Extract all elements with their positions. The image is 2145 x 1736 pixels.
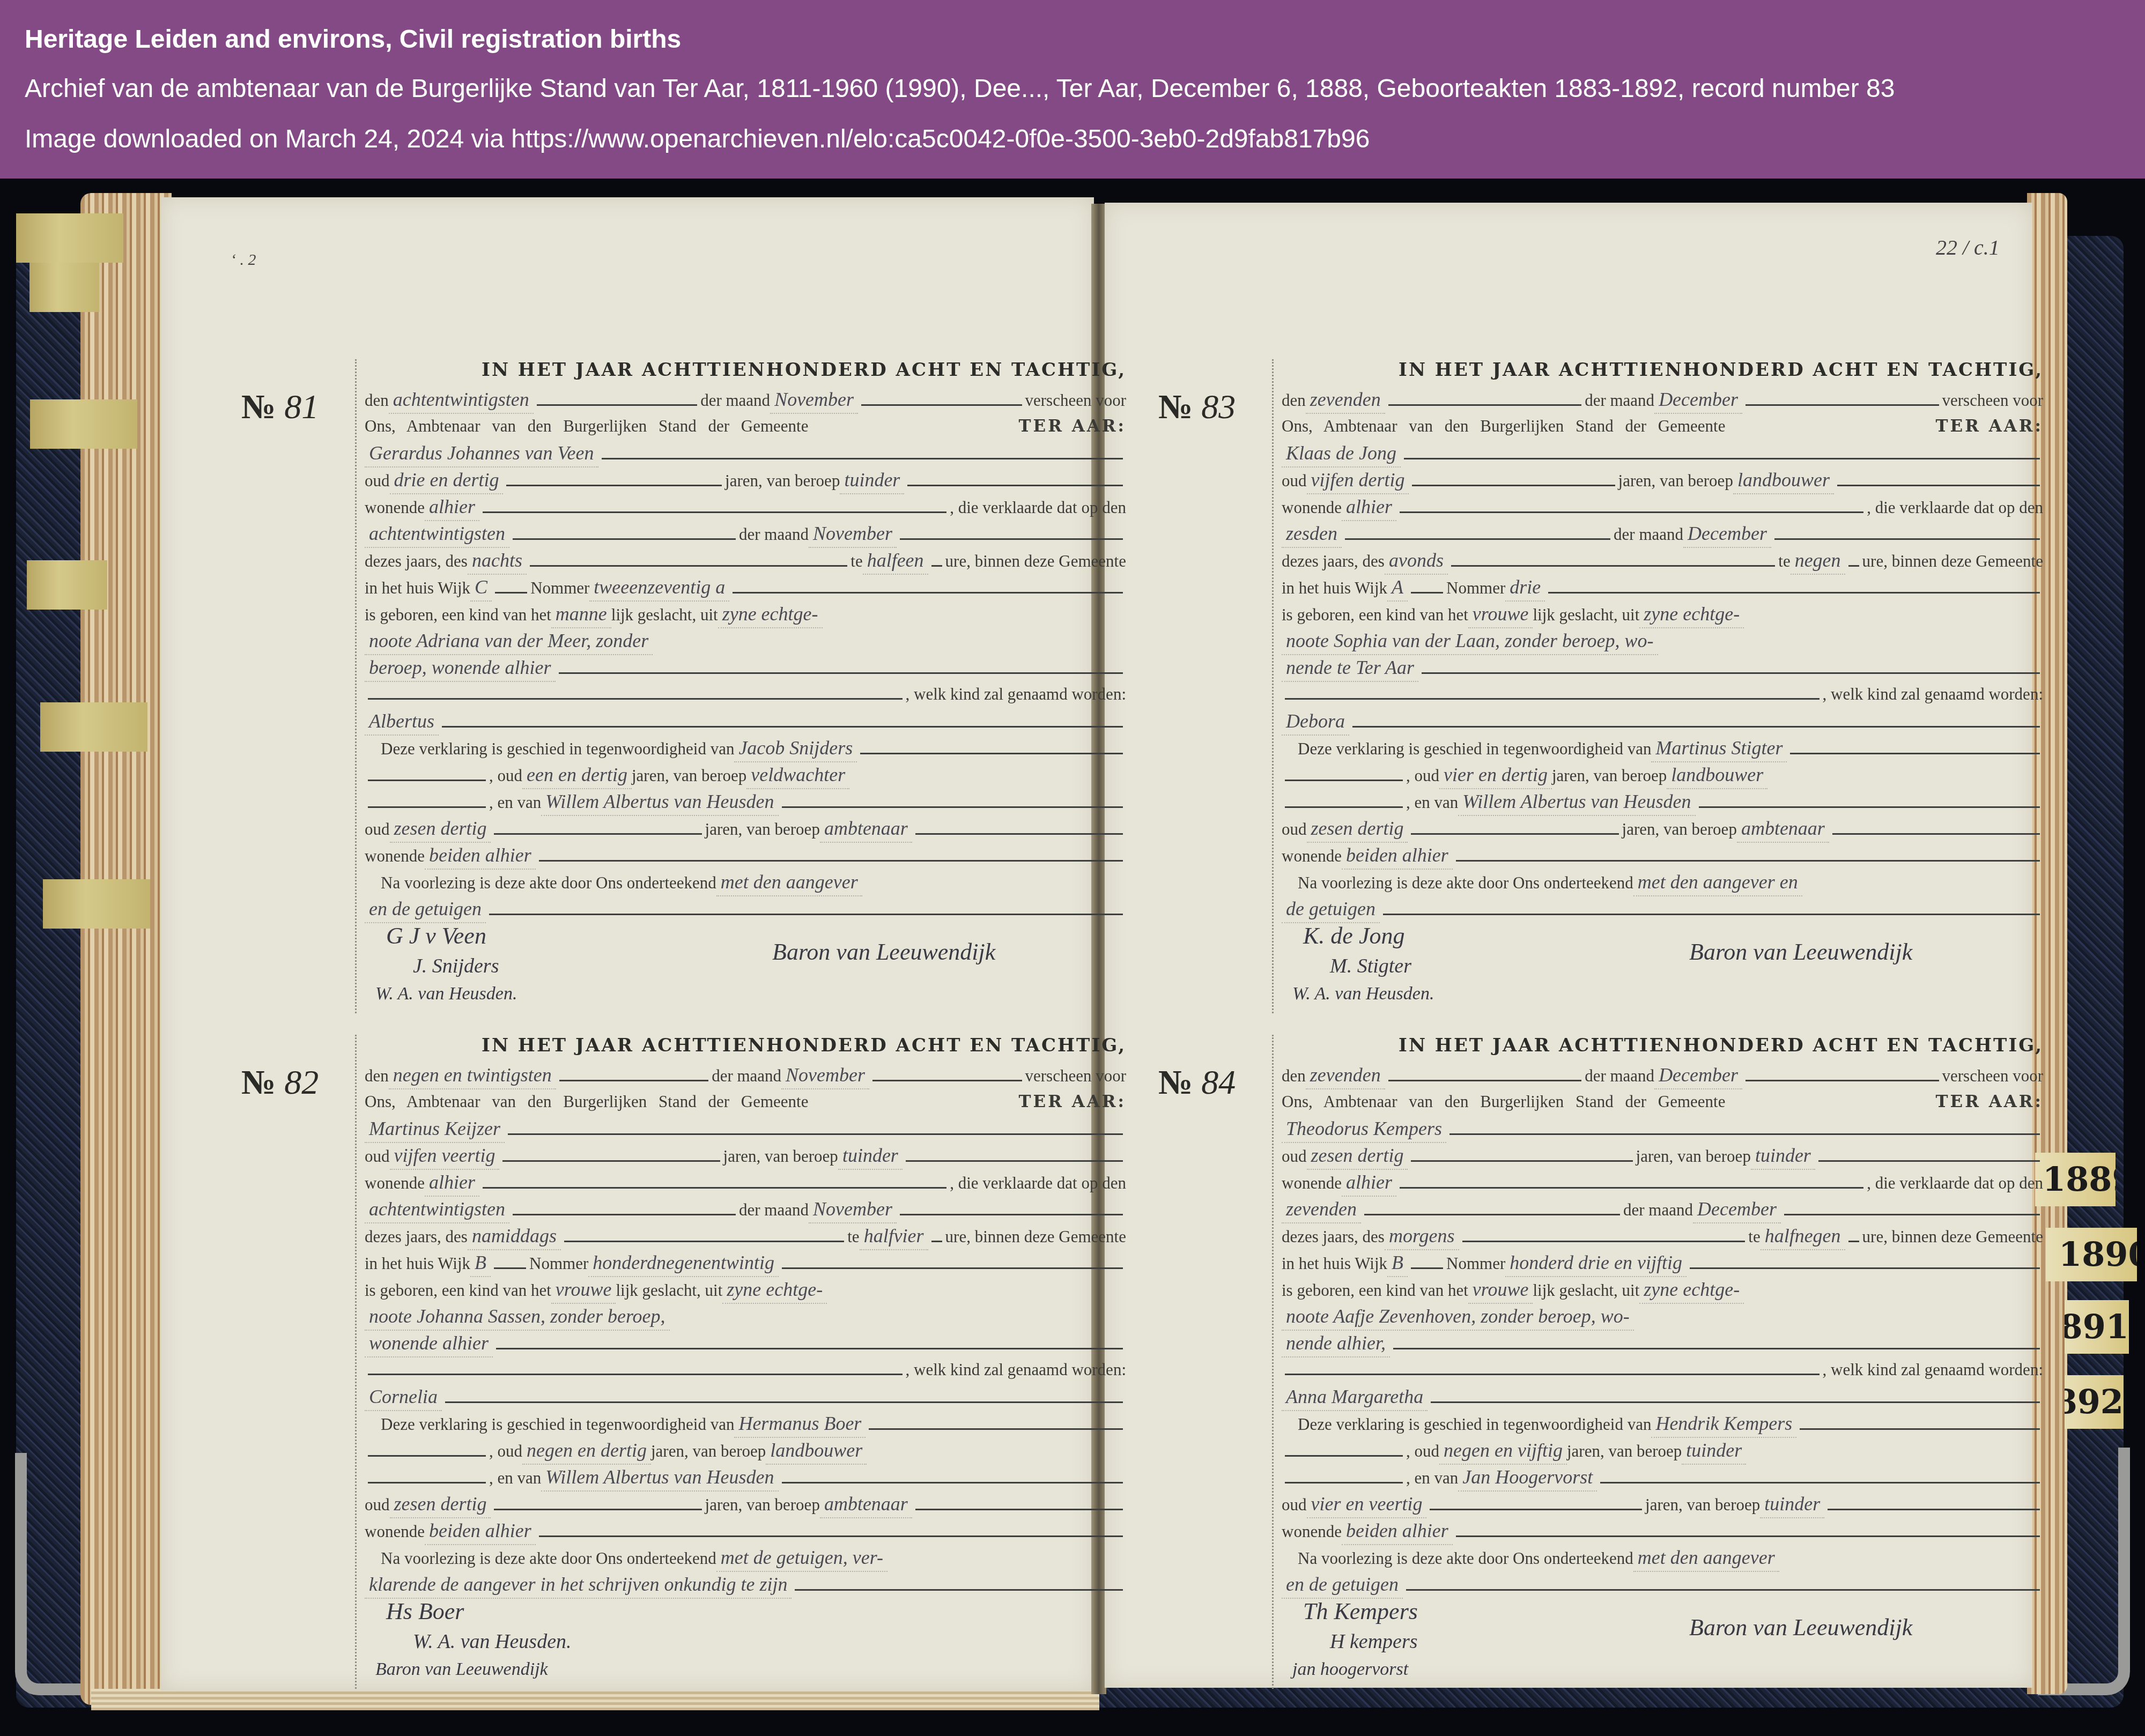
form-text: wonendebeiden alhier <box>1282 1517 2043 1544</box>
signature: W. A. van Heusden. <box>375 984 517 1004</box>
form-text: de getuigen <box>1282 895 2043 922</box>
form-text: Anna Margaretha <box>1282 1383 2043 1410</box>
blank-rule <box>931 1241 942 1242</box>
form-text: , die verklaarde dat op den <box>1867 494 2043 521</box>
form-text: beroep, wonende alhier <box>365 654 556 682</box>
form-text: nende te Ter Aar <box>1282 654 1418 682</box>
form-text: in het huis Wijk <box>1282 1250 1387 1277</box>
witness1-name: Hermanus Boer <box>734 1410 866 1438</box>
time-of-day: morgens <box>1385 1222 1459 1250</box>
signature: Baron van Leeuwendijk <box>1689 938 1912 966</box>
child-sex: vrouwe <box>1468 600 1533 628</box>
municipality: TER AAR: <box>1935 413 2043 440</box>
form-text: lijk geslacht, uit <box>1533 1277 1639 1304</box>
signature: J. Snijders <box>413 954 499 978</box>
signature: K. de Jong <box>1303 922 1404 949</box>
form-text: Ons, Ambtenaar van den Burgerlijken Stan… <box>1282 1088 2043 1115</box>
blank-rule <box>1411 592 1443 593</box>
blank-rule <box>368 806 486 808</box>
declarant-occupation: landbouwer <box>1733 466 1834 494</box>
birth-hour: negen <box>1791 547 1845 575</box>
declaration-month: December <box>1654 386 1742 414</box>
page-mark: 22 / c.1 <box>1936 235 2000 260</box>
form-text: jaren, van beroep <box>1636 1143 1751 1170</box>
witness2-age: zesen dertig <box>1307 815 1408 843</box>
form-text: № <box>241 1063 276 1101</box>
form-text: Klaas de Jong <box>1282 440 2043 466</box>
form-text: oud <box>1282 468 1307 494</box>
child-name: Debora <box>1282 708 1349 736</box>
form-text: is geboren, een kind van hetvrouwelijk g… <box>365 1276 1126 1303</box>
form-text: in het huis WijkBNommerhonderd drie en v… <box>1282 1249 2043 1276</box>
blank-rule <box>494 1509 701 1510</box>
witness1-name: Martinus Stigter <box>1651 735 1787 762</box>
blank-rule <box>368 698 903 700</box>
form-text: oudzesen dertigjaren, van beroepambtenaa… <box>1282 815 2043 842</box>
form-text: den <box>1282 387 1306 414</box>
form-text: zesdender maandDecember <box>1282 520 2043 547</box>
mother-details: noote Johanna Sassen, zonder beroep, <box>365 1303 670 1331</box>
mother-details: noote Sophia van der Laan, zonder beroep… <box>1282 627 1658 655</box>
form-text: Ons, Ambtenaar van den Burgerlijken Stan… <box>365 413 1018 440</box>
record-number: № 83 <box>1158 387 1236 427</box>
mother-details: noote Adriana van der Meer, zonder <box>365 627 653 655</box>
blank-rule <box>1790 753 2040 754</box>
blank-rule <box>1774 538 2040 540</box>
form-text: nende te Ter Aar <box>1282 654 2043 681</box>
form-text: in het huis Wijk <box>1282 575 1387 602</box>
form-text: Ons, Ambtenaar van den Burgerlijken Stan… <box>365 1088 1126 1115</box>
blank-rule <box>1406 1589 2040 1591</box>
blank-rule <box>508 1133 1123 1135</box>
page-mark: ‘ . 2 <box>231 251 256 269</box>
form-text: is geboren, een kind van hetvrouwelijk g… <box>1282 1276 2043 1303</box>
form-text: wonendealhier, die verklaarde dat op den <box>365 1169 1126 1196</box>
form-text: Theodorus Kempers <box>1282 1115 2043 1142</box>
blank-rule <box>1848 1241 1859 1242</box>
form-text: der maand <box>1614 521 1683 548</box>
form-text: zyne echtge- <box>1639 600 1744 628</box>
municipality: TER AAR: <box>1935 1088 2043 1115</box>
form-text: met de getuigen, ver- <box>716 1544 887 1572</box>
form-text: nende alhier, <box>1282 1330 2043 1356</box>
form-text: wonende <box>1282 1170 1342 1197</box>
form-text: noote Sophia van der Laan, zonder beroep… <box>1282 627 2043 654</box>
signature: M. Stigter <box>1330 954 1411 978</box>
municipality: TER AAR: <box>1018 413 1126 440</box>
form-text: wonende <box>1282 494 1342 521</box>
blank-rule <box>900 538 1123 540</box>
blank-rule <box>539 860 1123 862</box>
blank-rule <box>1285 1482 1403 1483</box>
declaration-day: achtentwintigsten <box>389 386 534 414</box>
margin-perforation <box>1272 1035 1274 1689</box>
blank-rule <box>489 914 1123 915</box>
form-text: Na voorlezing is deze akte door Ons onde… <box>381 870 716 896</box>
wijk: C <box>470 574 492 602</box>
blank-rule <box>915 1509 1123 1510</box>
witness-residence: beiden alhier <box>1342 842 1453 870</box>
form-text: , en van <box>1406 1465 1458 1492</box>
record-number: № 82 <box>241 1063 319 1102</box>
form-text: Deze verklaring is geschied in tegenwoor… <box>381 1411 734 1438</box>
witness2-occupation: ambtenaar <box>820 1490 912 1518</box>
blank-rule <box>1462 1241 1745 1242</box>
blank-rule <box>1456 860 2040 862</box>
blank-rule <box>1451 565 1775 567</box>
birth-record: № 82 IN HET JAAR ACHTTIENHONDERD ACHT EN… <box>365 1029 1126 1689</box>
form-text: en de getuigen <box>365 895 486 923</box>
signature: jan hoogervorst <box>1292 1659 1408 1680</box>
form-text: oud <box>1282 816 1307 843</box>
witness2-occupation: ambtenaar <box>1737 815 1829 843</box>
form-text: oud <box>365 816 390 843</box>
blank-rule <box>1818 1160 2040 1162</box>
form-text: Na voorlezing is deze akte door Ons onde… <box>1298 870 1633 896</box>
declaration-day: zevenden <box>1306 386 1385 414</box>
blank-rule <box>494 1267 526 1269</box>
blank-rule <box>1449 1133 2040 1135</box>
form-text: in het huis WijkANommerdrie <box>1282 574 2043 600</box>
form-text: № <box>1158 388 1193 426</box>
form-text: wonende <box>1282 1518 1342 1545</box>
child-sex: manne <box>551 600 611 628</box>
blank-rule <box>1456 1535 2040 1537</box>
margin-perforation <box>1272 359 1274 1013</box>
child-name: Cornelia <box>365 1383 442 1411</box>
form-text: is geboren, een kind van het <box>365 602 551 628</box>
blank-rule <box>1285 1455 1403 1457</box>
form-text: klarende de aangever in het schrijven on… <box>365 1571 792 1599</box>
declarant-name: Klaas de Jong <box>1282 440 1401 468</box>
form-text: te <box>850 548 862 575</box>
blank-rule <box>907 485 1123 486</box>
index-tab <box>40 702 147 752</box>
form-text: met den aangever en <box>1633 869 1802 896</box>
form-text: , welk kind zal genaamd worden: <box>365 681 1126 708</box>
form-text: dezes jaars, desmorgenstehalfnegenure, b… <box>1282 1222 2043 1249</box>
blank-rule <box>1411 1267 1443 1269</box>
witness2-name: Willem Albertus van Heusden <box>541 1464 778 1492</box>
form-text: den <box>365 387 389 414</box>
form-text: oudvier en veertigjaren, van beroeptuind… <box>1282 1490 2043 1517</box>
birth-record: № 81 IN HET JAAR ACHTTIENHONDERD ACHT EN… <box>365 354 1126 1013</box>
birth-day: zesden <box>1282 520 1342 548</box>
blank-rule <box>906 1160 1123 1162</box>
form-text: met den aangever <box>1633 1544 1779 1572</box>
form-text: Ons, Ambtenaar van den Burgerlijken Stan… <box>365 1088 1018 1115</box>
child-name: Albertus <box>365 708 439 736</box>
form-text: is geboren, een kind van hetmannelijk ge… <box>365 600 1126 627</box>
form-text: met den aangever <box>716 869 862 896</box>
signature: Baron van Leeuwendijk <box>772 938 995 966</box>
page-edges-bottom <box>91 1689 1099 1710</box>
blank-rule <box>537 404 697 406</box>
blank-rule <box>483 511 946 513</box>
blank-rule <box>1800 1428 2040 1430</box>
form-text: Nommer <box>1446 1250 1505 1277</box>
form-text: Deze verklaring is geschied in tegenwoor… <box>1298 1411 1651 1438</box>
form-text: oud <box>365 468 390 494</box>
form-text: wonende <box>365 1518 425 1545</box>
form-text: te <box>847 1223 859 1250</box>
form-text: achtentwintigstender maandNovember <box>365 520 1126 547</box>
blank-rule <box>1345 538 1610 540</box>
form-text: verscheen voor <box>1942 387 2044 414</box>
form-text: in het huis WijkCNommertweeenzeventig a <box>365 574 1126 600</box>
house-number: drie <box>1505 574 1545 602</box>
form-text: , oudnegen en dertigjaren, van beroeplan… <box>365 1437 1126 1464</box>
form-text: dezes jaars, des <box>365 548 468 575</box>
record-heading: IN HET JAAR ACHTTIENHONDERD ACHT EN TACH… <box>365 354 1126 386</box>
wijk: B <box>1387 1249 1408 1277</box>
form-text: der maand <box>1585 387 1654 414</box>
witness2-name: Willem Albertus van Heusden <box>1458 788 1695 816</box>
blank-rule <box>502 1160 720 1162</box>
form-text: den <box>1282 1063 1306 1089</box>
witness2-occupation: tuinder <box>1760 1490 1824 1518</box>
birth-hour: halfnegen <box>1761 1222 1845 1250</box>
witness-residence: beiden alhier <box>1342 1517 1453 1545</box>
form-text: en de getuigen <box>1282 1571 2043 1598</box>
form-text: noote Aafje Zevenhoven, zonder beroep, w… <box>1282 1303 2043 1330</box>
witness1-occupation: landbouwer <box>1667 761 1767 789</box>
blank-rule <box>539 1535 1123 1537</box>
form-text: jaren, van beroep <box>1567 1438 1682 1465</box>
form-text: Deze verklaring is geschied in tegenwoor… <box>1298 736 1651 762</box>
blank-rule <box>1431 1401 2040 1403</box>
witness2-age: vier en veertig <box>1307 1490 1427 1518</box>
form-text: ure, binnen deze Gemeente <box>1862 548 2043 575</box>
form-text: is geboren, een kind van het <box>1282 1277 1468 1304</box>
blank-rule <box>1430 1509 1642 1510</box>
blank-rule <box>1411 1160 1632 1162</box>
form-text: Na voorlezing is deze akte door Ons onde… <box>365 1544 1126 1571</box>
declarant-occupation: tuinder <box>840 466 904 494</box>
declarant-name: Theodorus Kempers <box>1282 1115 1446 1143</box>
year-tab[interactable]: 1891 <box>2065 1300 2129 1354</box>
mother-details: noote Aafje Zevenhoven, zonder beroep, w… <box>1282 1303 1634 1331</box>
margin-perforation <box>355 359 357 1013</box>
form-text: jaren, van beroep <box>725 468 840 494</box>
blank-rule <box>506 485 722 486</box>
form-text: beroep, wonende alhier <box>365 654 1126 681</box>
form-text: Cornelia <box>365 1383 1126 1410</box>
form-text: in het huis WijkBNommerhonderdnegenentwi… <box>365 1249 1126 1276</box>
form-text: , welk kind zal genaamd worden: <box>1282 1356 2043 1383</box>
declarant-residence: alhier <box>425 493 479 521</box>
index-tab <box>43 879 150 929</box>
declaration-day: negen en twintigsten <box>389 1062 556 1089</box>
witness1-name: Hendrik Kempers <box>1651 1410 1796 1438</box>
form-text: der maand <box>1585 1063 1654 1089</box>
birth-record: № 84 IN HET JAAR ACHTTIENHONDERD ACHT EN… <box>1282 1029 2043 1689</box>
form-text: wonendebeiden alhier <box>1282 842 2043 869</box>
witness1-occupation: landbouwer <box>766 1437 867 1465</box>
form-text: wonendealhier, die verklaarde dat op den <box>365 493 1126 520</box>
form-text: dezes jaars, desnamiddagstehalfvierure, … <box>365 1222 1126 1249</box>
form-text: , oud <box>1406 762 1439 789</box>
declarant-age: drie en dertig <box>390 466 504 494</box>
index-tab <box>29 263 99 312</box>
form-text: Na voorlezing is deze akte door Ons onde… <box>1282 869 2043 895</box>
form-text: , oud <box>489 762 522 789</box>
declaration-day: zevenden <box>1306 1062 1385 1089</box>
signature: W. A. van Heusden. <box>1292 984 1434 1004</box>
birth-month: December <box>1693 1196 1781 1223</box>
form-text: wonendebeiden alhier <box>365 1517 1126 1544</box>
form-text: wonende <box>365 843 425 870</box>
form-text: lijk geslacht, uit <box>616 1277 722 1304</box>
form-text: 84 <box>1201 1063 1236 1101</box>
record-heading: IN HET JAAR ACHTTIENHONDERD ACHT EN TACH… <box>1282 354 2043 386</box>
form-text: , oudnegen en vijftigjaren, van beroeptu… <box>1282 1437 2043 1464</box>
form-text: jaren, van beroep <box>1622 816 1737 843</box>
form-text: 82 <box>284 1063 319 1101</box>
blank-rule <box>1364 1214 1620 1215</box>
birth-day: achtentwintigsten <box>365 1196 509 1223</box>
blank-rule <box>733 592 1123 593</box>
form-text: oudvijfen veertigjaren, van beroeptuinde… <box>365 1142 1126 1169</box>
form-text: dezes jaars, des <box>1282 1223 1385 1250</box>
signature: H kempers <box>1330 1630 1418 1653</box>
form-text: , die verklaarde dat op den <box>950 494 1126 521</box>
form-text: ure, binnen deze Gemeente <box>1862 1223 2043 1250</box>
blank-rule <box>782 1482 1123 1483</box>
form-text: lijk geslacht, uit <box>1533 602 1639 628</box>
form-text: № <box>1158 1063 1193 1101</box>
record-description: Archief van de ambtenaar van de Burgerli… <box>25 74 1895 103</box>
form-text: wonende <box>1282 843 1342 870</box>
form-text: wonende <box>365 494 425 521</box>
blank-rule <box>368 1482 486 1483</box>
collection-title: Heritage Leiden and environs, Civil regi… <box>25 25 681 54</box>
blank-rule <box>513 1214 736 1215</box>
form-text: zevendender maandDecember <box>1282 1196 2043 1222</box>
form-text: , oud <box>489 1438 522 1465</box>
form-text: en de getuigen <box>1282 1571 1403 1599</box>
year-tab[interactable]: 1889 <box>2035 1153 2116 1206</box>
form-text: jaren, van beroep <box>1645 1492 1760 1518</box>
form-text: , en vanWillem Albertus van Heusden <box>1282 788 2043 815</box>
witness-residence: beiden alhier <box>425 842 536 870</box>
form-text: Ons, Ambtenaar van den Burgerlijken Stan… <box>1282 413 1935 440</box>
year-tab[interactable]: 1892 <box>2065 1375 2124 1429</box>
form-text: Gerardus Johannes van Veen <box>365 440 1126 466</box>
record-number: № 81 <box>241 387 319 427</box>
house-number: tweeenzeventig a <box>589 574 729 602</box>
witness2-name: Jan Hoogervorst <box>1458 1464 1597 1492</box>
signature: G J v Veen <box>386 922 486 949</box>
blank-rule <box>915 833 1123 835</box>
form-text: jaren, van beroep <box>705 816 820 843</box>
blank-rule <box>559 1080 708 1081</box>
form-text: is geboren, een kind van het <box>1282 602 1468 628</box>
year-tab[interactable]: 1890 <box>2046 1228 2137 1281</box>
form-text: Ons, Ambtenaar van den Burgerlijken Stan… <box>1282 1088 1935 1115</box>
form-text: Deze verklaring is geschied in tegenwoor… <box>1282 1410 2043 1437</box>
form-text: , welk kind zal genaamd worden: <box>906 681 1126 708</box>
form-text: de getuigen <box>1282 895 1380 923</box>
form-text: , en vanWillem Albertus van Heusden <box>365 1464 1126 1490</box>
record-heading: IN HET JAAR ACHTTIENHONDERD ACHT EN TACH… <box>1282 1029 2043 1062</box>
form-text: te <box>1778 548 1790 575</box>
municipality: TER AAR: <box>1018 1088 1126 1115</box>
form-text: noote Johanna Sassen, zonder beroep, <box>365 1303 1126 1330</box>
blank-rule <box>782 806 1123 808</box>
blank-rule <box>564 1241 844 1242</box>
form-text: wonende alhier <box>365 1330 493 1357</box>
form-text: 81 <box>284 388 319 426</box>
form-text: jaren, van beroep <box>705 1492 820 1518</box>
blank-rule <box>900 1214 1123 1215</box>
form-text: , oudeen en dertigjaren, van beroepveldw… <box>365 761 1126 788</box>
form-text: Na voorlezing is deze akte door Ons onde… <box>1298 1545 1633 1572</box>
form-text: jaren, van beroep <box>1618 468 1733 494</box>
blank-rule <box>795 1589 1123 1591</box>
blank-rule <box>1784 1214 2040 1215</box>
form-text: ouddrie en dertigjaren, van beroeptuinde… <box>365 466 1126 493</box>
witness1-occupation: tuinder <box>1682 1437 1746 1465</box>
form-text: der maand <box>700 387 770 414</box>
form-text: zyne echtge- <box>722 1276 827 1304</box>
birth-month: November <box>809 520 897 548</box>
record-number: № 84 <box>1158 1063 1236 1102</box>
form-text: oudzesen dertigjaren, van beroeptuinder <box>1282 1142 2043 1169</box>
form-text: dennegen en twintigstender maandNovember… <box>365 1062 1126 1088</box>
blank-rule <box>872 1080 1022 1081</box>
declaration-month: November <box>770 386 858 414</box>
blank-rule <box>1837 485 2040 486</box>
form-text: is geboren, een kind van hetvrouwelijk g… <box>1282 600 2043 627</box>
declarant-name: Martinus Keijzer <box>365 1115 505 1143</box>
blank-rule <box>1393 1348 2040 1349</box>
declarant-occupation: tuinder <box>1751 1142 1815 1170</box>
witness-residence: beiden alhier <box>425 1517 536 1545</box>
blank-rule <box>1383 914 2040 915</box>
witness1-age: negen en vijftig <box>1439 1437 1567 1465</box>
form-text: dezes jaars, des <box>365 1223 468 1250</box>
birth-month: December <box>1683 520 1771 548</box>
form-text: , welk kind zal genaamd worden: <box>906 1356 1126 1383</box>
form-text: klarende de aangever in het schrijven on… <box>365 1571 1126 1598</box>
form-text: wonende alhier <box>365 1330 1126 1356</box>
form-text: Debora <box>1282 708 2043 735</box>
birth-hour: halfvier <box>860 1222 928 1250</box>
blank-rule <box>1411 833 1618 835</box>
form-text: oud <box>365 1143 390 1170</box>
form-text: nende alhier, <box>1282 1330 1390 1357</box>
signature: W. A. van Heusden. <box>413 1630 572 1653</box>
witness1-name: Jacob Snijders <box>734 735 857 762</box>
blank-rule <box>1285 698 1819 700</box>
form-text: Albertus <box>365 708 1126 735</box>
form-text: jaren, van beroep <box>723 1143 838 1170</box>
form-text: denzevendender maandDecemberverscheen vo… <box>1282 1062 2043 1088</box>
blank-rule <box>368 780 486 781</box>
blank-rule <box>1745 404 1939 406</box>
form-text: Nommer <box>529 1250 588 1277</box>
form-text: der maand <box>1623 1197 1693 1223</box>
form-text: , en van <box>489 1465 541 1492</box>
form-text: den <box>365 1063 389 1089</box>
signatures: K. de Jong M. Stigter W. A. van Heusden.… <box>1282 922 2043 1013</box>
blank-rule <box>1285 1374 1819 1375</box>
blank-rule <box>869 1428 1123 1430</box>
witness1-age: negen en dertig <box>522 1437 651 1465</box>
form-text: , en vanWillem Albertus van Heusden <box>365 788 1126 815</box>
form-text: ure, binnen deze Gemeente <box>945 548 1126 575</box>
